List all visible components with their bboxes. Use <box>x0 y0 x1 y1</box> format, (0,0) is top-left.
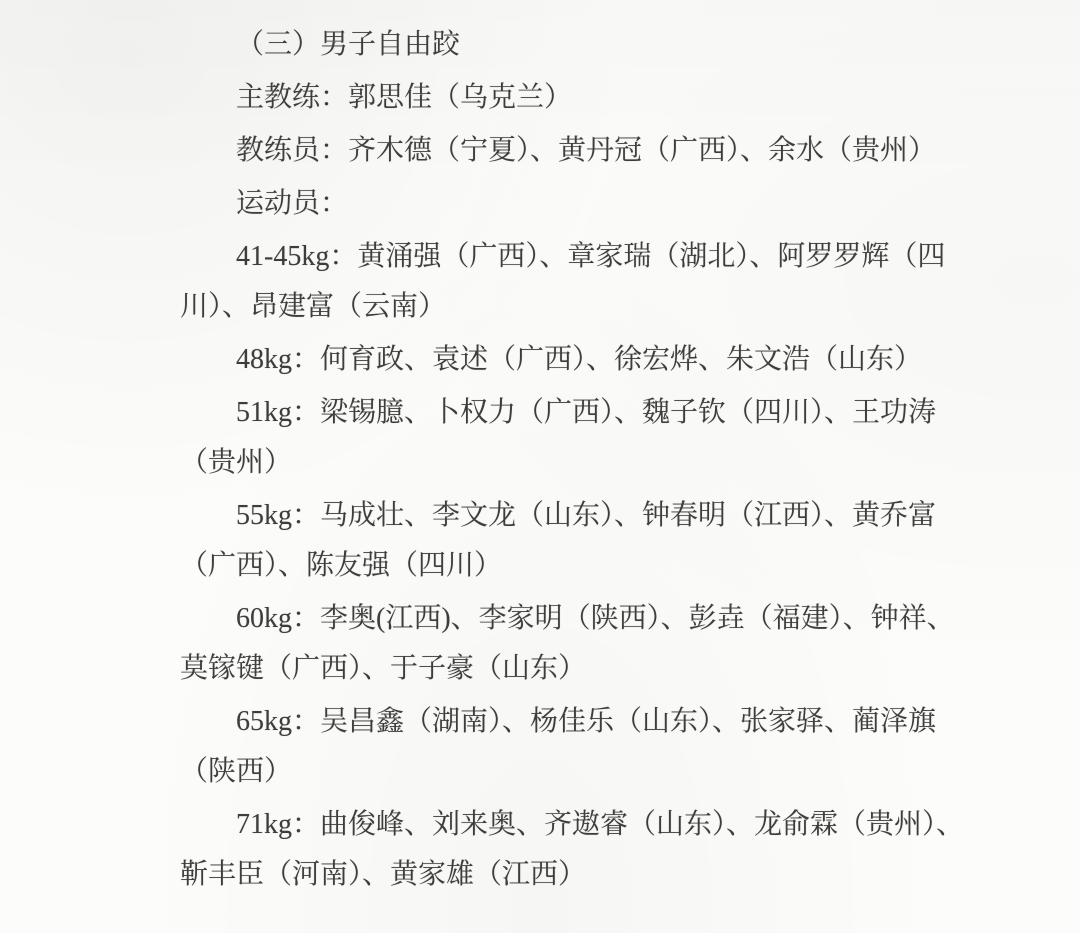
weight-class-label: 71kg： <box>236 809 320 840</box>
weight-class-label: 60kg： <box>236 603 320 634</box>
weight-class-label: 55kg： <box>236 500 320 531</box>
athletes-label: 运动员： <box>180 179 972 229</box>
weight-class-label: 48kg： <box>236 344 320 375</box>
roster-line-71kg: 71kg：曲俊峰、刘来奥、齐遨睿（山东）、龙俞霖（贵州）、靳丰臣（河南）、黄家雄… <box>180 800 972 900</box>
section-title: （三）男子自由跤 <box>180 20 972 70</box>
scanned-document-page: （三）男子自由跤 主教练：郭思佳（乌克兰） 教练员：齐木德（宁夏）、黄丹冠（广西… <box>0 0 1080 933</box>
roster-line-41-45kg: 41-45kg：黄涌强（广西）、章家瑞（湖北）、阿罗罗辉（四川）、昂建富（云南） <box>180 232 972 332</box>
head-coach-line: 主教练：郭思佳（乌克兰） <box>180 73 972 123</box>
roster-line-55kg: 55kg：马成壮、李文龙（山东）、钟春明（江西）、黄乔富（广西）、陈友强（四川） <box>180 491 972 591</box>
coaches-value: 齐木德（宁夏）、黄丹冠（广西）、余水（贵州） <box>348 135 936 166</box>
weight-class-label: 41-45kg： <box>236 241 357 272</box>
head-coach-label: 主教练： <box>236 82 348 113</box>
head-coach-value: 郭思佳（乌克兰） <box>348 82 572 113</box>
roster-line-48kg: 48kg：何育政、袁述（广西）、徐宏烨、朱文浩（山东） <box>180 335 972 385</box>
roster-line-51kg: 51kg：梁锡臆、卜权力（广西）、魏子钦（四川）、王功涛（贵州） <box>180 388 972 488</box>
weight-class-label: 51kg： <box>236 397 320 428</box>
coaches-label: 教练员： <box>236 135 348 166</box>
roster-document: （三）男子自由跤 主教练：郭思佳（乌克兰） 教练员：齐木德（宁夏）、黄丹冠（广西… <box>180 20 972 903</box>
roster-line-65kg: 65kg：吴昌鑫（湖南）、杨佳乐（山东）、张家驿、蔺泽旗（陕西） <box>180 697 972 797</box>
coaches-line: 教练员：齐木德（宁夏）、黄丹冠（广西）、余水（贵州） <box>180 126 972 176</box>
roster-line-60kg: 60kg：李奥(江西)、李家明（陕西）、彭垚（福建）、钟祥、莫镓键（广西）、于子… <box>180 594 972 694</box>
weight-class-athletes: 何育政、袁述（广西）、徐宏烨、朱文浩（山东） <box>320 344 922 375</box>
weight-class-label: 65kg： <box>236 706 320 737</box>
